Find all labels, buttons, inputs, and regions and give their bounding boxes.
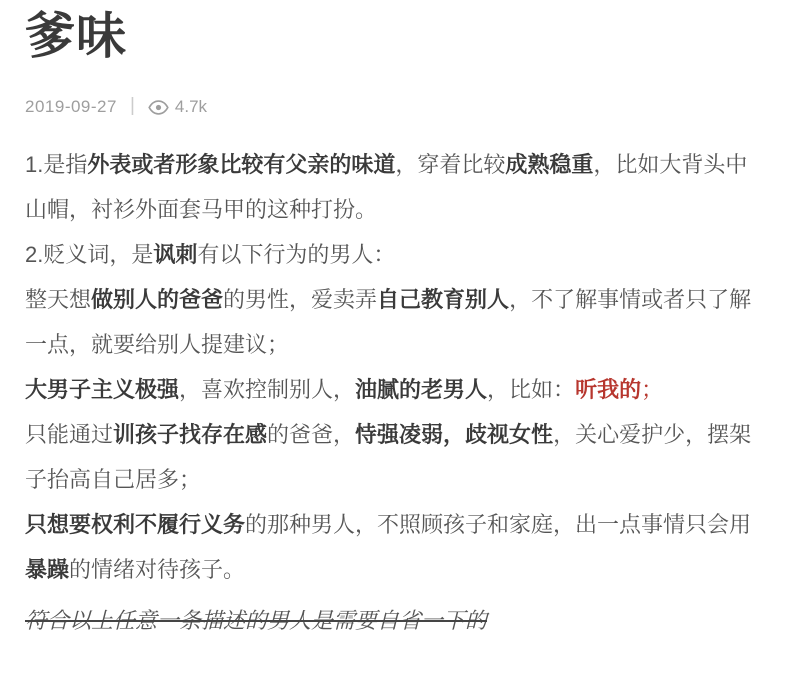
text-run: 只能通过 bbox=[25, 422, 113, 447]
text-run: 训孩子找存在感 bbox=[113, 422, 267, 447]
view-count: 4.7k bbox=[148, 97, 207, 117]
text-run: 恃强凌弱，歧视女性 bbox=[355, 422, 553, 447]
text-run: 的那种男人，不照顾孩子和家庭，出一点事情只会用 bbox=[245, 512, 751, 537]
text-run: ； bbox=[641, 377, 663, 402]
definition-body: 1.是指外表或者形象比较有父亲的味道，穿着比较成熟稳重，比如大背头中山帽，衬衫外… bbox=[25, 142, 761, 643]
paragraph: 符合以上任意一条描述的男人是需要自省一下的 bbox=[25, 598, 761, 643]
text-run: ，比如： bbox=[487, 377, 575, 402]
text-run: 油腻的老男人 bbox=[355, 377, 487, 402]
text-run: ，穿着比较 bbox=[395, 152, 505, 177]
eye-icon bbox=[148, 100, 169, 115]
text-run: ，喜欢控制别人， bbox=[179, 377, 355, 402]
text-run: 的情绪对待孩子。 bbox=[69, 557, 245, 582]
text-run: 做别人的爸爸 bbox=[91, 287, 223, 312]
paragraph: 只能通过训孩子找存在感的爸爸，恃强凌弱，歧视女性，关心爱护少，摆架子抬高自己居多… bbox=[25, 412, 761, 502]
text-run: 1.是指 bbox=[25, 152, 87, 177]
entry-title: 爹味 bbox=[25, 8, 775, 64]
text-run: 听我的 bbox=[575, 377, 641, 402]
text-run: 符合以上任意一条描述的男人是需要自省一下的 bbox=[25, 608, 487, 633]
paragraph: 只想要权利不履行义务的那种男人，不照顾孩子和家庭，出一点事情只会用暴躁的情绪对待… bbox=[25, 502, 761, 592]
text-run: 的爸爸， bbox=[267, 422, 355, 447]
text-run: 的男性，爱卖弄 bbox=[223, 287, 377, 312]
text-run: 2.贬义词，是 bbox=[25, 242, 153, 267]
view-count-value: 4.7k bbox=[175, 97, 207, 117]
text-run: 自己教育别人 bbox=[377, 287, 509, 312]
text-run: 大男子主义极强 bbox=[25, 377, 179, 402]
text-run: 只想要权利不履行义务 bbox=[25, 512, 245, 537]
paragraph: 整天想做别人的爸爸的男性，爱卖弄自己教育别人，不了解事情或者只了解一点，就要给别… bbox=[25, 277, 761, 367]
text-run: 有以下行为的男人： bbox=[197, 242, 395, 267]
text-run: 成熟稳重 bbox=[505, 152, 593, 177]
text-run: 整天想 bbox=[25, 287, 91, 312]
paragraph: 2.贬义词，是讽刺有以下行为的男人： bbox=[25, 232, 761, 277]
paragraph: 大男子主义极强，喜欢控制别人，油腻的老男人，比如：听我的； bbox=[25, 367, 761, 412]
text-run: 讽刺 bbox=[153, 242, 197, 267]
paragraph: 1.是指外表或者形象比较有父亲的味道，穿着比较成熟稳重，比如大背头中山帽，衬衫外… bbox=[25, 142, 761, 232]
meta-separator: | bbox=[130, 95, 135, 117]
entry-meta: 2019-09-27 | 4.7k bbox=[25, 96, 775, 118]
publish-date: 2019-09-27 bbox=[25, 97, 117, 117]
text-run: 暴躁 bbox=[25, 557, 69, 582]
entry-page: 爹味 2019-09-27 | 4.7k 1.是指外表或者形象比较有父亲的味道，… bbox=[0, 0, 800, 643]
text-run: 外表或者形象比较有父亲的味道 bbox=[87, 152, 395, 177]
